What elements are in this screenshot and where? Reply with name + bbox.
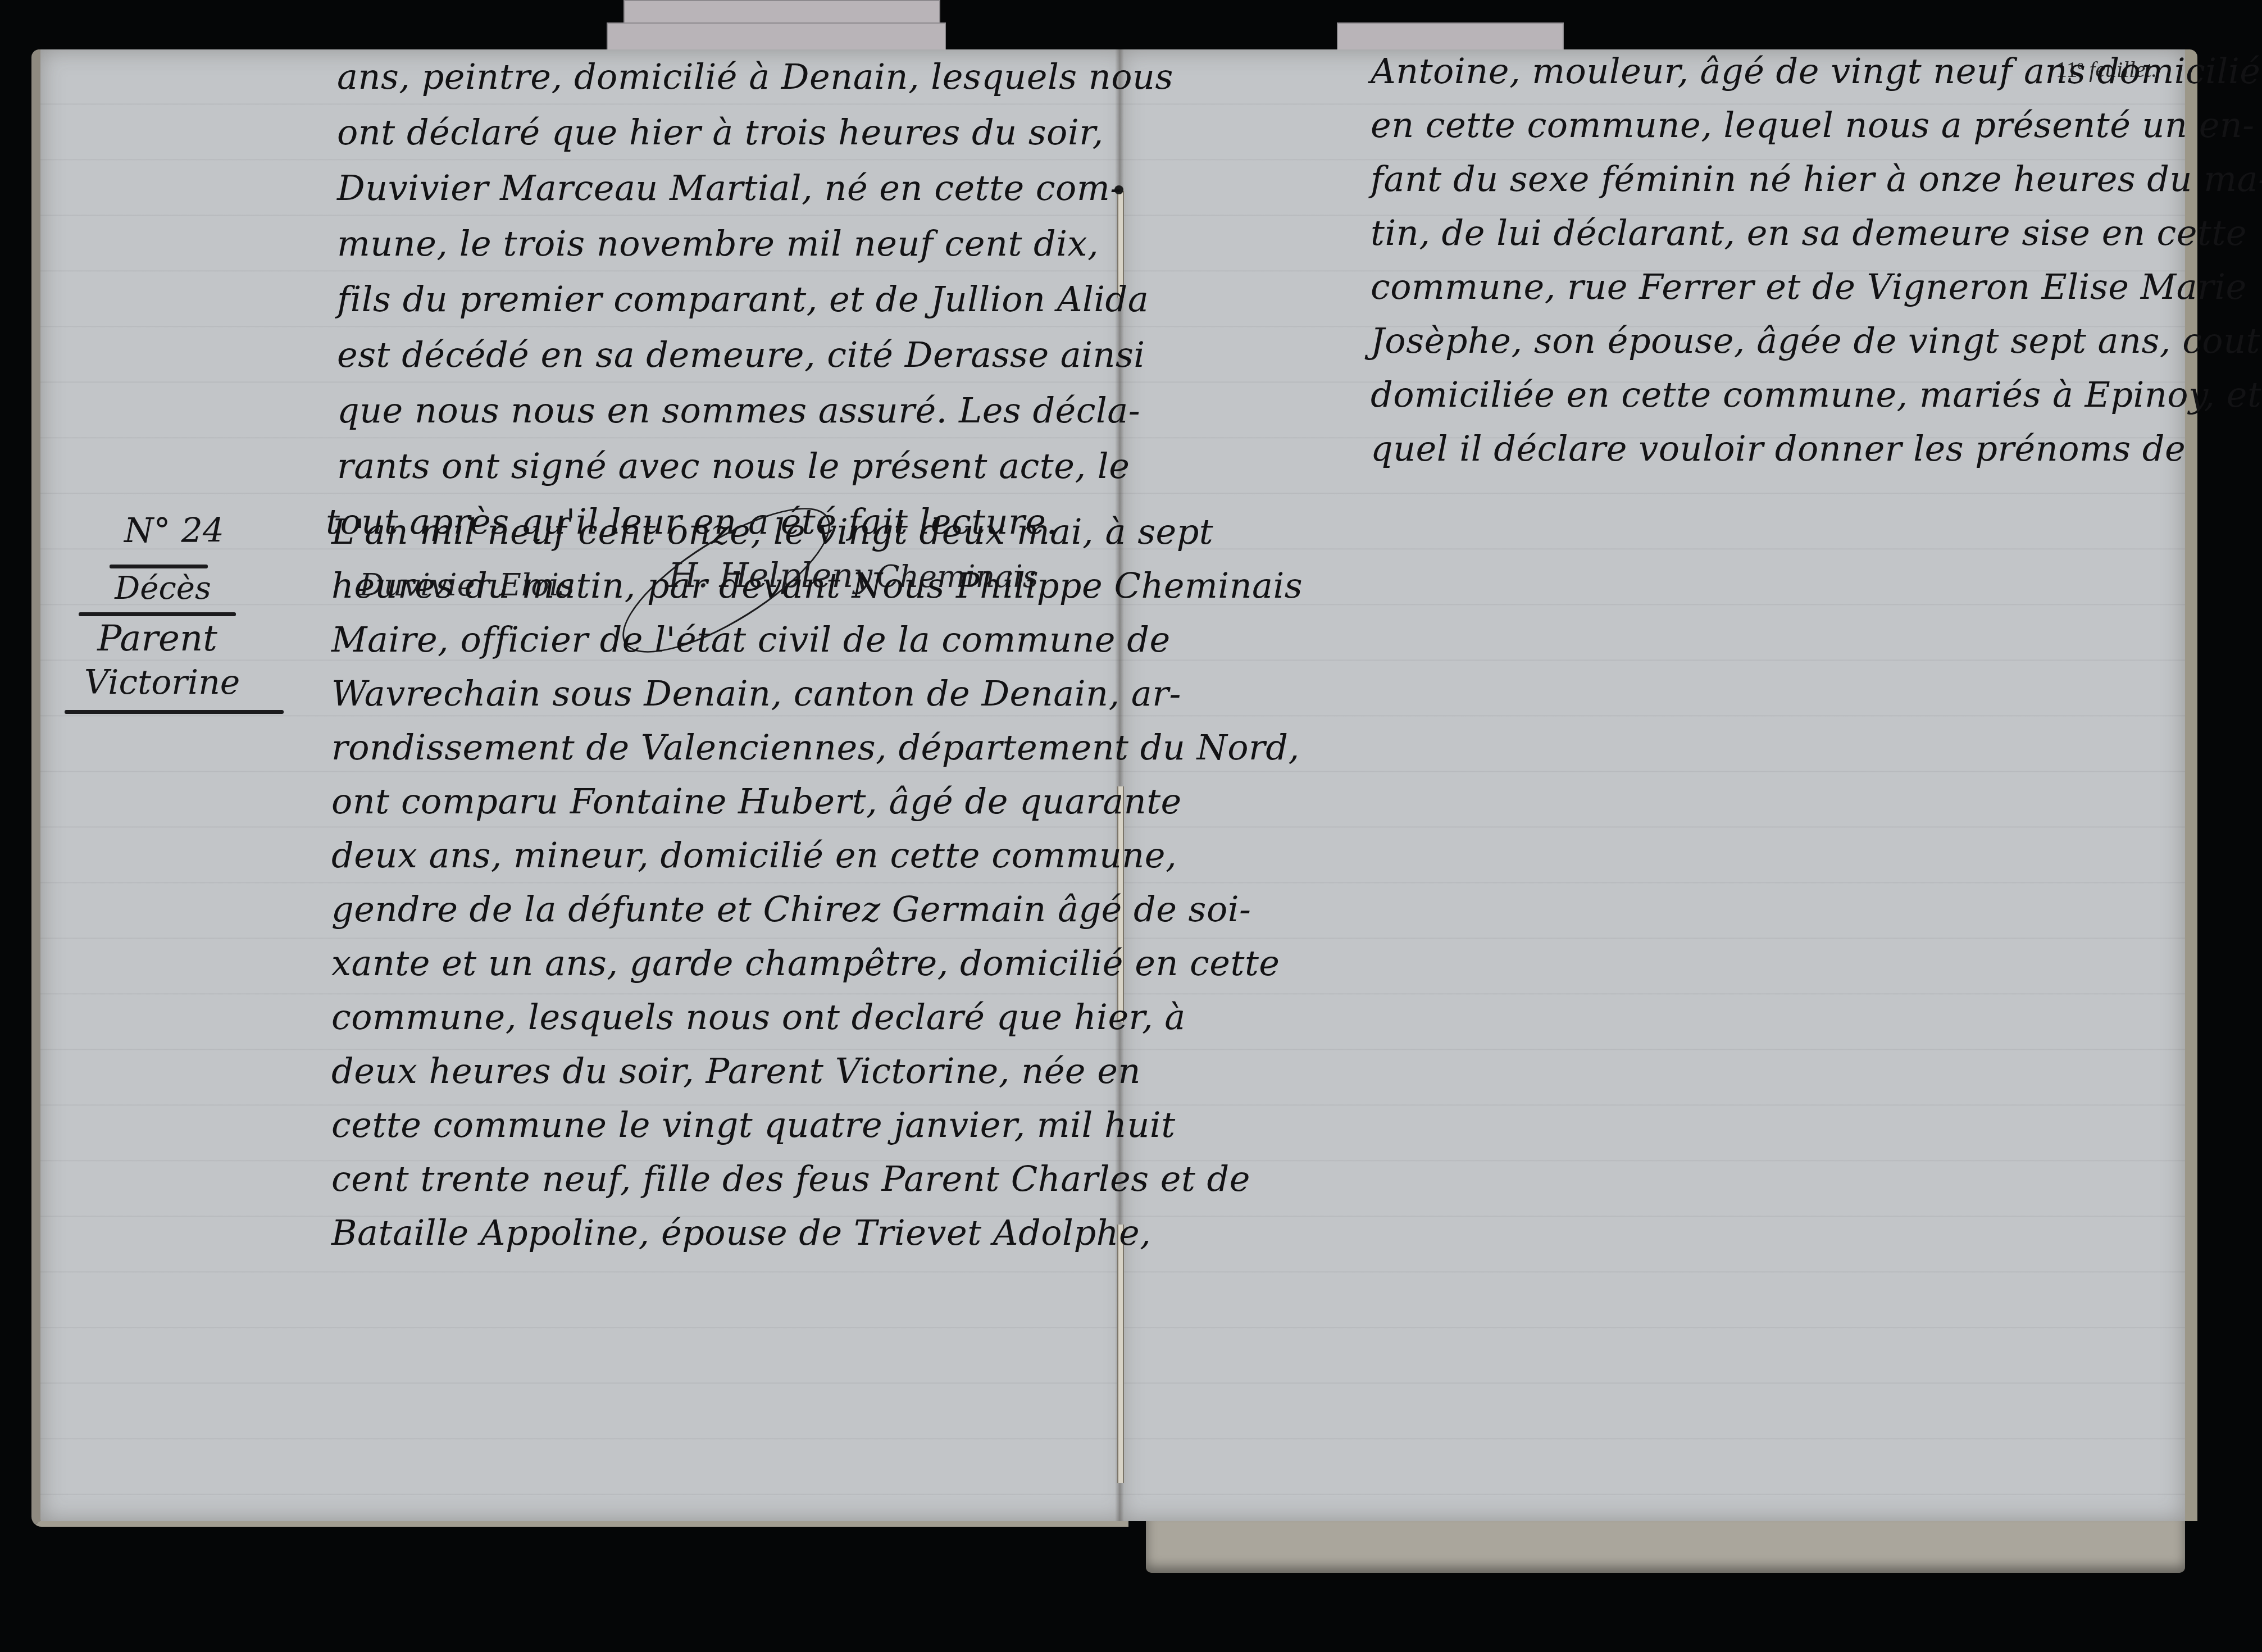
text-line: ont comparu Fontaine Hubert, âgé de quar… [331, 781, 1182, 822]
text-line: mune, le trois novembre mil neuf cent di… [337, 223, 1099, 264]
text-line: commune, lesquels nous ont declaré que h… [331, 996, 1186, 1037]
act-given-names: Victorine [84, 663, 230, 702]
text-line: ans, peintre, domicilié à Denain, lesque… [337, 56, 1173, 97]
act-type: Décès [90, 570, 236, 607]
margin-rule [65, 710, 284, 714]
text-line: domiciliée en cette commune, mariés à Ep… [1371, 374, 2262, 415]
bookmark-tab [1337, 22, 1564, 52]
text-line: rondissement de Valenciennes, départemen… [331, 727, 1300, 768]
act-surname: Parent [84, 618, 230, 659]
act-number: N° 24 [101, 511, 247, 550]
text-line: tin, de lui déclarant, en sa demeure sis… [1371, 212, 2247, 253]
text-line: Josèphe, son épouse, âgée de vingt sept … [1371, 320, 2262, 361]
text-line: deux ans, mineur, domicilié en cette com… [331, 835, 1177, 876]
binding-stitch [1117, 1225, 1124, 1483]
text-line: ont déclaré que hier à trois heures du s… [337, 112, 1104, 153]
margin-rule [110, 565, 208, 568]
text-line: fant du sexe féminin né hier à onze heur… [1371, 158, 2262, 199]
margin-rule [79, 612, 236, 616]
text-line: Bataille Appoline, épouse de Trievet Ado… [331, 1212, 1151, 1253]
text-line: gendre de la défunte et Chirez Germain â… [331, 889, 1251, 930]
text-line: fils du premier comparant, et de Jullion… [337, 279, 1149, 320]
text-line: est décédé en sa demeure, cité Derasse a… [337, 334, 1145, 375]
text-line: heures du matin, par devant Nous Philipp… [331, 565, 1303, 606]
text-line: que nous nous en sommes assuré. Les décl… [337, 390, 1140, 431]
text-line: cent trente neuf, fille des feus Parent … [331, 1158, 1250, 1199]
text-line: cette commune le vingt quatre janvier, m… [331, 1104, 1176, 1145]
page-stack-edge [1146, 1517, 2185, 1573]
text-line: quel il déclare vouloir donner les préno… [1371, 428, 2186, 469]
text-line: xante et un ans, garde champêtre, domici… [331, 943, 1280, 984]
text-line: en cette commune, lequel nous a présenté… [1371, 104, 2255, 145]
text-line: Antoine, mouleur, âgé de vingt neuf ans … [1371, 51, 2260, 92]
text-line: Duvivier Marceau Martial, né en cette co… [337, 167, 1122, 208]
text-line: L'an mil neuf cent onze, le vingt deux m… [331, 511, 1213, 552]
text-line: Wavrechain sous Denain, canton de Denain… [331, 673, 1181, 714]
text-line: Maire, officier de l'état civil de la co… [331, 619, 1171, 660]
text-line: deux heures du soir, Parent Victorine, n… [331, 1050, 1141, 1091]
text-line: commune, rue Ferrer et de Vigneron Elise… [1371, 266, 2247, 307]
text-line: rants ont signé avec nous le présent act… [337, 445, 1130, 486]
